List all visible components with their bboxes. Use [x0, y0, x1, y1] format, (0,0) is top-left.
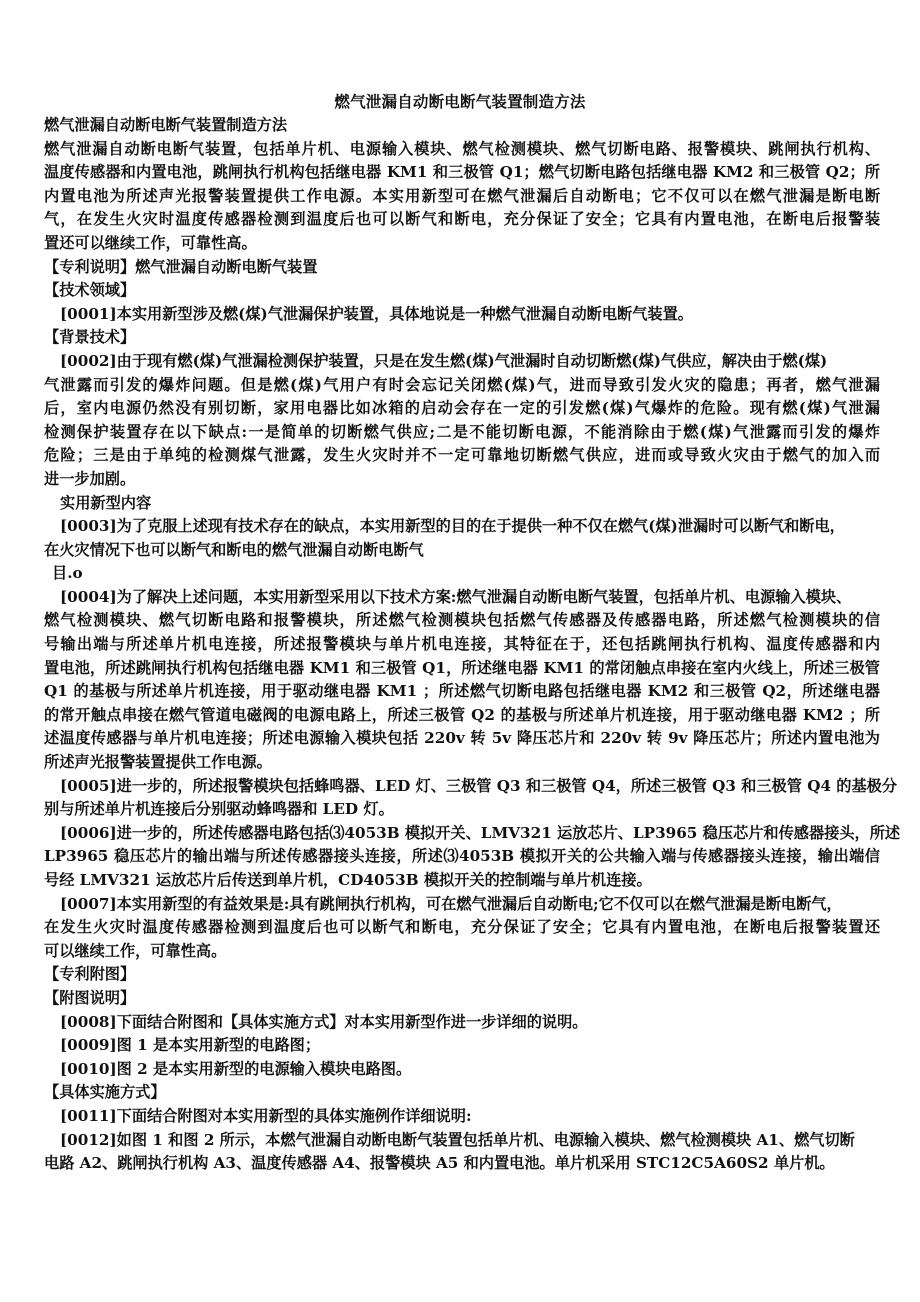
paragraph-0004-line: 号输出端与所述单片机电连接，所述报警模块与单片机电连接，其特征在于，还包括跳闸执…	[44, 633, 880, 657]
subtitle-line: 燃气泄漏自动断电断气装置制造方法	[44, 114, 880, 138]
paragraph-0005-line: [0005]进一步的，所述报警模块包括蜂鸣器、LED 灯、三极管 Q3 和三极管…	[44, 775, 880, 799]
paragraph-0012-line: 电路 A2、跳闸执行机构 A3、温度传感器 A4、报警模块 A5 和内置电池。单…	[44, 1152, 880, 1176]
paragraph-0002-line: 气泄露而引发的爆炸问题。但是燃(煤)气用户有时会忘记关闭燃(煤)气，进而导致引发…	[44, 374, 880, 398]
paragraph-0003-fragment: 目.o	[44, 562, 880, 586]
paragraph-0004-line: [0004]为了解决上述问题，本实用新型采用以下技术方案:燃气泄漏自动断电断气装…	[44, 586, 880, 610]
section-heading-patent-description: 【专利说明】燃气泄漏自动断电断气装置	[44, 256, 880, 280]
paragraph-0004-line: 的常开触点串接在燃气管道电磁阀的电源电路上，所述三极管 Q2 的基极与所述单片机…	[44, 704, 880, 728]
paragraph-0007-line: 可以继续工作，可靠性高。	[44, 940, 880, 964]
paragraph-0003-line: [0003]为了克服上述现有技术存在的缺点，本实用新型的目的在于提供一种不仅在燃…	[44, 515, 880, 539]
abstract-line: 内置电池为所述声光报警装置提供工作电源。本实用新型可在燃气泄漏后自动断电；它不仅…	[44, 185, 880, 209]
abstract-line: 置还可以继续工作，可靠性高。	[44, 232, 880, 256]
paragraph-0002-line: 检测保护装置存在以下缺点:一是简单的切断燃气供应;二是不能切断电源，不能消除由于…	[44, 421, 880, 445]
paragraph-0012-line: [0012]如图 1 和图 2 所示，本燃气泄漏自动断电断气装置包括单片机、电源…	[44, 1129, 880, 1153]
paragraph-0006-line: [0006]进一步的，所述传感器电路包括⑶4053B 模拟开关、LMV321 运…	[44, 822, 880, 846]
section-heading-technical-field: 【技术领域】	[44, 279, 880, 303]
section-heading-patent-drawings: 【专利附图】	[44, 963, 880, 987]
paragraph-0004-line: Q1 的基极与所述单片机连接，用于驱动继电器 KM1 ；所述燃气切断电路包括继电…	[44, 680, 880, 704]
abstract-line: 燃气泄漏自动断电断气装置，包括单片机、电源输入模块、燃气检测模块、燃气切断电路、…	[44, 138, 880, 162]
paragraph-0006-line: LP3965 稳压芯片的输出端与所述传感器接头连接，所述⑶4053B 模拟开关的…	[44, 845, 880, 869]
paragraph-0002-line: 危险；三是由于单纯的检测煤气泄露，发生火灾时并不一定可靠地切断燃气供应，进而或导…	[44, 444, 880, 468]
paragraph-0004-line: 置电池，所述跳闸执行机构包括继电器 KM1 和三极管 Q1，所述继电器 KM1 …	[44, 657, 880, 681]
section-heading-utility-model-content: 实用新型内容	[44, 492, 880, 516]
paragraph-0007-line: [0007]本实用新型的有益效果是:具有跳闸执行机构，可在燃气泄漏后自动断电;它…	[44, 893, 880, 917]
paragraph-0002-line: [0002]由于现有燃(煤)气泄漏检测保护装置，只是在发生燃(煤)气泄漏时自动切…	[44, 350, 880, 374]
paragraph-0009: [0009]图 1 是本实用新型的电路图；	[44, 1034, 880, 1058]
section-heading-drawing-description: 【附图说明】	[44, 987, 880, 1011]
paragraph-0001: [0001]本实用新型涉及燃(煤)气泄漏保护装置，具体地说是一种燃气泄漏自动断电…	[44, 303, 880, 327]
paragraph-0003-line: 在火灾情况下也可以断气和断电的燃气泄漏自动断电断气	[44, 539, 880, 563]
paragraph-0004-line: 燃气检测模块、燃气切断电路和报警模块，所述燃气检测模块包括燃气传感器及传感器电路…	[44, 609, 880, 633]
paragraph-0006-line: 号经 LMV321 运放芯片后传送到单片机，CD4053B 模拟开关的控制端与单…	[44, 869, 880, 893]
abstract-line: 温度传感器和内置电池，跳闸执行机构包括继电器 KM1 和三极管 Q1；燃气切断电…	[44, 161, 880, 185]
paragraph-0002-line: 进一步加剧。	[44, 468, 880, 492]
paragraph-0004-line: 所述声光报警装置提供工作电源。	[44, 751, 880, 775]
paragraph-0005-line: 别与所述单片机连接后分别驱动蜂鸣器和 LED 灯。	[44, 798, 880, 822]
paragraph-0008: [0008]下面结合附图和【具体实施方式】对本实用新型作进一步详细的说明。	[44, 1011, 880, 1035]
paragraph-0004-line: 述温度传感器与单片机电连接；所述电源输入模块包括 220v 转 5v 降压芯片和…	[44, 727, 880, 751]
section-heading-embodiment: 【具体实施方式】	[44, 1081, 880, 1105]
section-heading-background: 【背景技术】	[44, 326, 880, 350]
document-body: 燃气泄漏自动断电断气装置制造方法 燃气泄漏自动断电断气装置，包括单片机、电源输入…	[44, 114, 880, 1176]
paragraph-0011: [0011]下面结合附图对本实用新型的具体实施例作详细说明:	[44, 1105, 880, 1129]
document-page: 燃气泄漏自动断电断气装置制造方法 燃气泄漏自动断电断气装置制造方法 燃气泄漏自动…	[0, 0, 920, 1302]
abstract-line: 气，在发生火灾时温度传感器检测到温度后也可以断气和断电，充分保证了安全；它具有内…	[44, 208, 880, 232]
paragraph-0007-line: 在发生火灾时温度传感器检测到温度后也可以断气和断电，充分保证了安全；它具有内置电…	[44, 916, 880, 940]
document-title: 燃气泄漏自动断电断气装置制造方法	[0, 91, 920, 113]
paragraph-0002-line: 后，室内电源仍然没有别切断，家用电器比如冰箱的启动会存在一定的引发燃(煤)气爆炸…	[44, 397, 880, 421]
paragraph-0010: [0010]图 2 是本实用新型的电源输入模块电路图。	[44, 1058, 880, 1082]
